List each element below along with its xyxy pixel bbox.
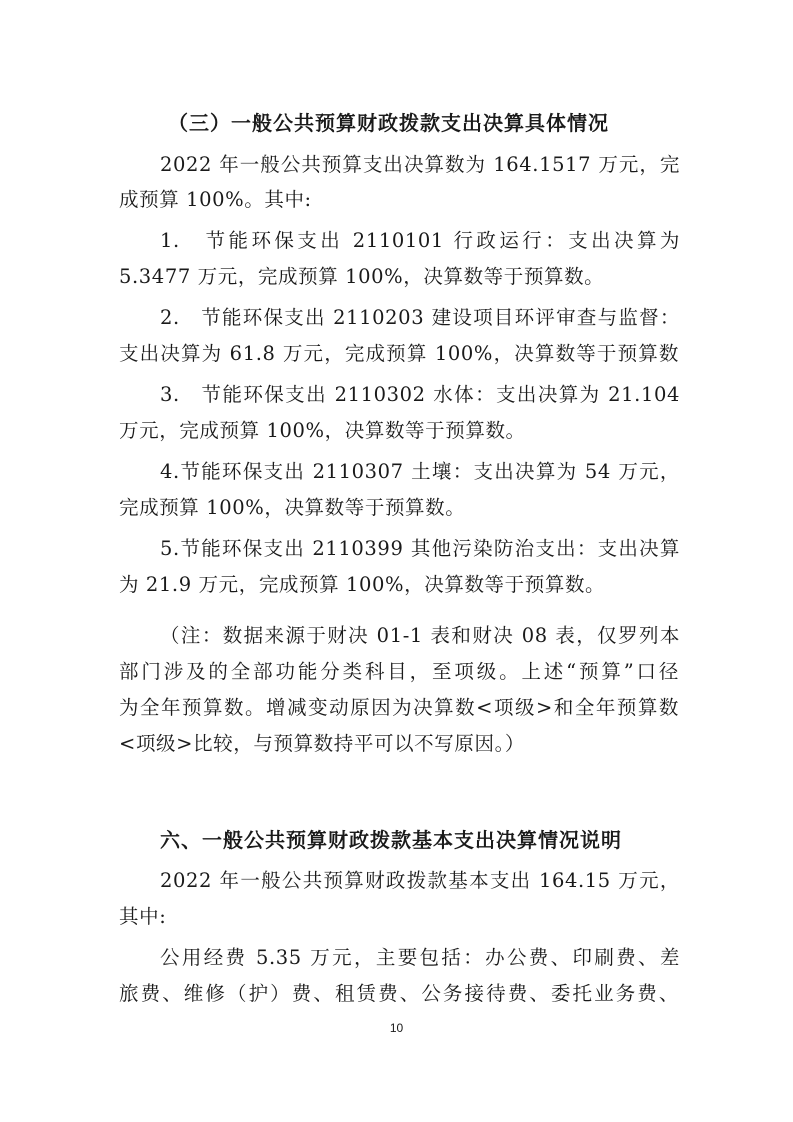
item-1-line-2: 5.3477 万元，完成预算 100%，决算数等于预算数。 [119,262,679,292]
item-2-line-1: 2. 节能环保支出 2110203 建设项目环评审查与监督： [160,303,680,333]
document-page: （三）一般公共预算财政拨款支出决算具体情况 2022 年一般公共预算支出决算数为… [0,0,793,1122]
note-line-1: （注：数据来源于财决 01-1 表和财决 08 表，仅罗列本 [160,621,680,651]
section-3-heading: （三）一般公共预算财政拨款支出决算具体情况 [168,108,728,138]
section-3-summary-line-1: 2022 年一般公共预算支出决算数为 164.1517 万元，完 [160,150,680,180]
note-line-4: <项级>比较，与预算数持平可以不写原因。） [119,729,679,759]
item-3-line-2: 万元，完成预算 100%，决算数等于预算数。 [119,416,679,446]
note-line-2: 部门涉及的全部功能分类科目，至项级。上述“预算”口径 [119,657,679,687]
page-number: 10 [0,1021,793,1035]
section-6-summary-line-1: 2022 年一般公共预算财政拨款基本支出 164.15 万元， [160,866,680,896]
public-funds-line-1: 公用经费 5.35 万元，主要包括：办公费、印刷费、差 [160,943,680,973]
item-3-line-1: 3. 节能环保支出 2110302 水体：支出决算为 21.104 [160,380,680,410]
note-line-3: 为全年预算数。增减变动原因为决算数<项级>和全年预算数 [119,693,679,723]
item-2-line-2: 支出决算为 61.8 万元，完成预算 100%，决算数等于预算数 [119,339,679,369]
section-3-summary-line-2: 成预算 100%。其中: [119,185,679,215]
public-funds-line-2: 旅费、维修（护）费、租赁费、公务接待费、委托业务费、 [119,979,679,1009]
item-1-line-1: 1. 节能环保支出 2110101 行政运行：支出决算为 [160,226,680,256]
item-5-line-2: 为 21.9 万元，完成预算 100%，决算数等于预算数。 [119,570,679,600]
section-6-heading: 六、一般公共预算财政拨款基本支出决算情况说明 [160,825,720,855]
item-5-line-1: 5.节能环保支出 2110399 其他污染防治支出：支出决算 [160,534,680,564]
section-6-summary-line-2: 其中: [119,902,679,932]
item-4-line-1: 4.节能环保支出 2110307 土壤：支出决算为 54 万元， [160,457,680,487]
item-4-line-2: 完成预算 100%，决算数等于预算数。 [119,493,679,523]
